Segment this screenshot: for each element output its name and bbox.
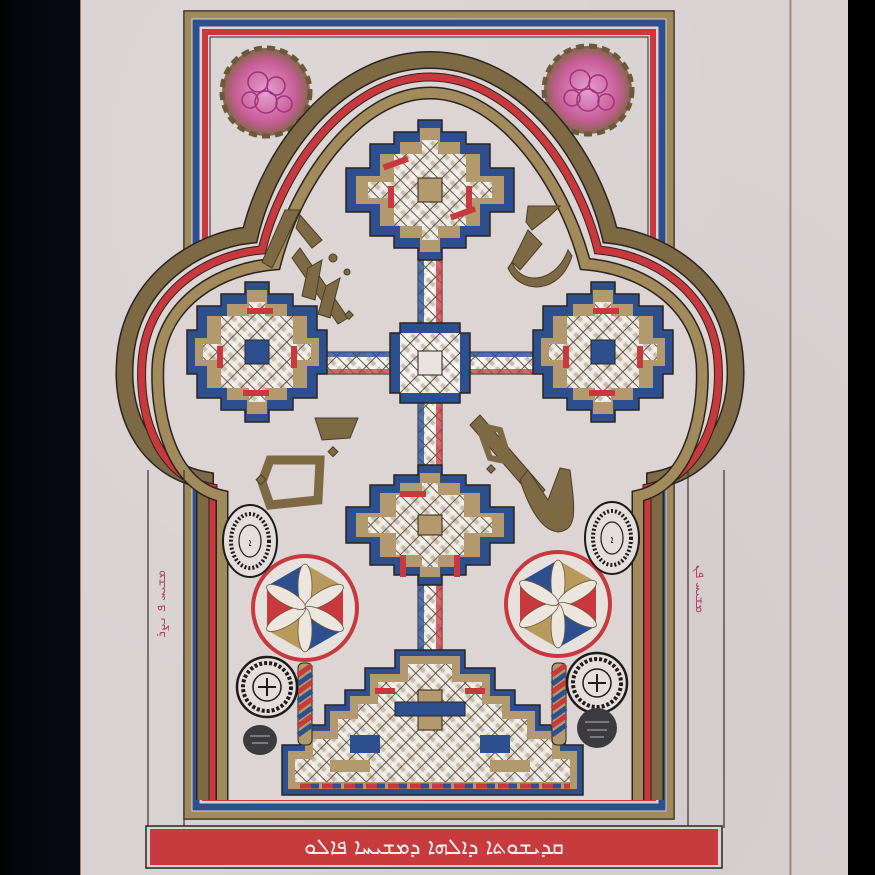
seal-small-left-icon [243, 725, 277, 755]
seal-oval-left-icon: ܐ [223, 505, 277, 577]
caption-band-bg [146, 826, 722, 868]
seal-small-right-icon [577, 708, 617, 748]
margin-note-right: ܡܫܝܚ ܦܢ [692, 565, 707, 613]
margin-note-left: ܡܫܝܚ ܦ ܢܨܪ [154, 570, 169, 638]
svg-text:ܐ: ܐ [249, 538, 252, 549]
svg-text:ܐ: ܐ [611, 535, 614, 546]
rosette-left-icon [253, 556, 357, 660]
twisted-column-right [552, 663, 566, 745]
seal-round-right-icon [567, 653, 627, 713]
seal-round-left-icon [237, 657, 297, 717]
illumination: ܐ ܐ [0, 0, 875, 875]
rosette-right-icon [506, 552, 610, 656]
twisted-column-left [298, 663, 312, 745]
knot-block-center [390, 323, 470, 403]
seal-oval-right-icon: ܐ [585, 502, 639, 574]
